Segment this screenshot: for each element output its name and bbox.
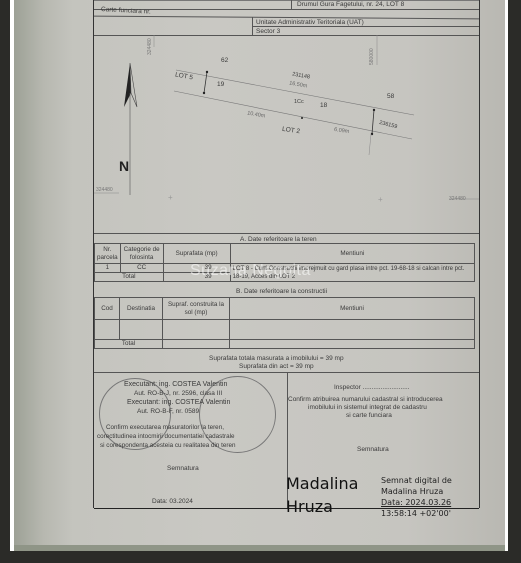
parcel-code: 1Cc: [294, 99, 304, 105]
col-mentiuni: Mentiuni: [230, 244, 474, 264]
executant-confirm1: Confirm executarea masuratorilor la tere…: [106, 424, 224, 431]
sector-text: Sector 3: [256, 28, 280, 35]
executant-signature-label: Semnatura: [167, 465, 199, 472]
col-suprafata: Suprafata (mp): [163, 244, 230, 264]
cell-categorie: CC: [120, 264, 163, 273]
point-62: 62: [221, 57, 228, 64]
executant-line3: Executant: ing. COSTEA Valentin: [127, 399, 230, 406]
paper-edge: [14, 545, 505, 551]
section-b-title: B. Date referitoare la constructii: [236, 288, 327, 295]
executant-line1: Executant: ing. COSTEA Valentin: [124, 381, 227, 388]
cell-nr: 1: [95, 264, 121, 273]
point-18: 18: [320, 102, 327, 109]
total-label-b: Total: [95, 340, 163, 349]
coord-top-right: 580000: [369, 48, 375, 65]
parcel-plan: + +: [94, 35, 479, 233]
carte-funciara-label: Carte funciara nr.: [101, 6, 151, 16]
signature-meta1: Semnat digital de: [381, 476, 452, 486]
col-categorie: Categorie de folosinta: [120, 244, 163, 264]
total-label: Total: [95, 273, 164, 282]
coord-bottom-right: 324480: [449, 196, 466, 202]
coord-bottom-left: 324480: [96, 187, 113, 193]
point-58: 58: [387, 93, 394, 100]
signature-name-line2: Hruza: [286, 497, 333, 516]
inspector-confirm2: imobilului in sistemul integrat de cadas…: [308, 404, 427, 411]
surface-from-act: Suprafata din act = 39 mp: [239, 363, 314, 370]
col-mentiuni-b: Mentiuni: [230, 298, 475, 320]
inspector-label: Inspector ..........................: [334, 384, 410, 391]
col-nr-parcela: Nr. parcela: [95, 244, 121, 264]
section-a-title: A. Date referitoare la teren: [240, 236, 317, 243]
total-measured: Suprafata totala masurata a imobilului =…: [209, 355, 344, 362]
executant-line4: Aut. RO-B-F, nr. 0589: [137, 408, 199, 415]
section-b-table: Cod Destinatia Supraf. construita la sol…: [94, 297, 475, 349]
north-arrow-icon: [124, 63, 137, 195]
inspector-confirm1: Confirm atribuirea numarului cadastral s…: [288, 396, 443, 403]
executant-line2: Aut. RO-B-J, nr. 2596, clasa III: [134, 390, 222, 397]
north-label: N: [119, 158, 129, 174]
inspector-signature-label: Semnatura: [357, 446, 389, 453]
uat-label: Unitate Administrativ Teritoriala (UAT): [256, 19, 364, 26]
executant-confirm2: corectitudinea intocmirii documentatiei …: [97, 433, 235, 440]
signature-meta4: 13:58:14 +02'00': [381, 509, 451, 519]
cadastral-plan-document: Drumul Gura Fagetului, nr. 24, LOT 8 Car…: [93, 0, 480, 508]
signature-name-line1: Madalina: [286, 474, 358, 493]
col-cod: Cod: [95, 298, 120, 320]
signature-meta3: Data: 2024.03.26: [381, 498, 451, 508]
signature-meta2: Madalina Hruza: [381, 487, 443, 497]
inspector-confirm3: si carte funciara: [346, 412, 392, 419]
address-text: Drumul Gura Fagetului, nr. 24, LOT 8: [297, 1, 404, 8]
coord-top-left: 324480: [147, 38, 153, 55]
watermark: Suzana Negoita: [190, 262, 311, 280]
point-19: 19: [217, 81, 224, 88]
col-supraf-construita: Supraf. construita la sol (mp): [163, 298, 230, 320]
svg-text:+: +: [168, 193, 173, 202]
executant-date: Data: 03.2024: [152, 498, 193, 505]
col-destinatia: Destinatia: [120, 298, 163, 320]
svg-text:+: +: [378, 195, 383, 204]
executant-confirm3: si corespondenta acesteia cu realitatea …: [100, 442, 235, 449]
